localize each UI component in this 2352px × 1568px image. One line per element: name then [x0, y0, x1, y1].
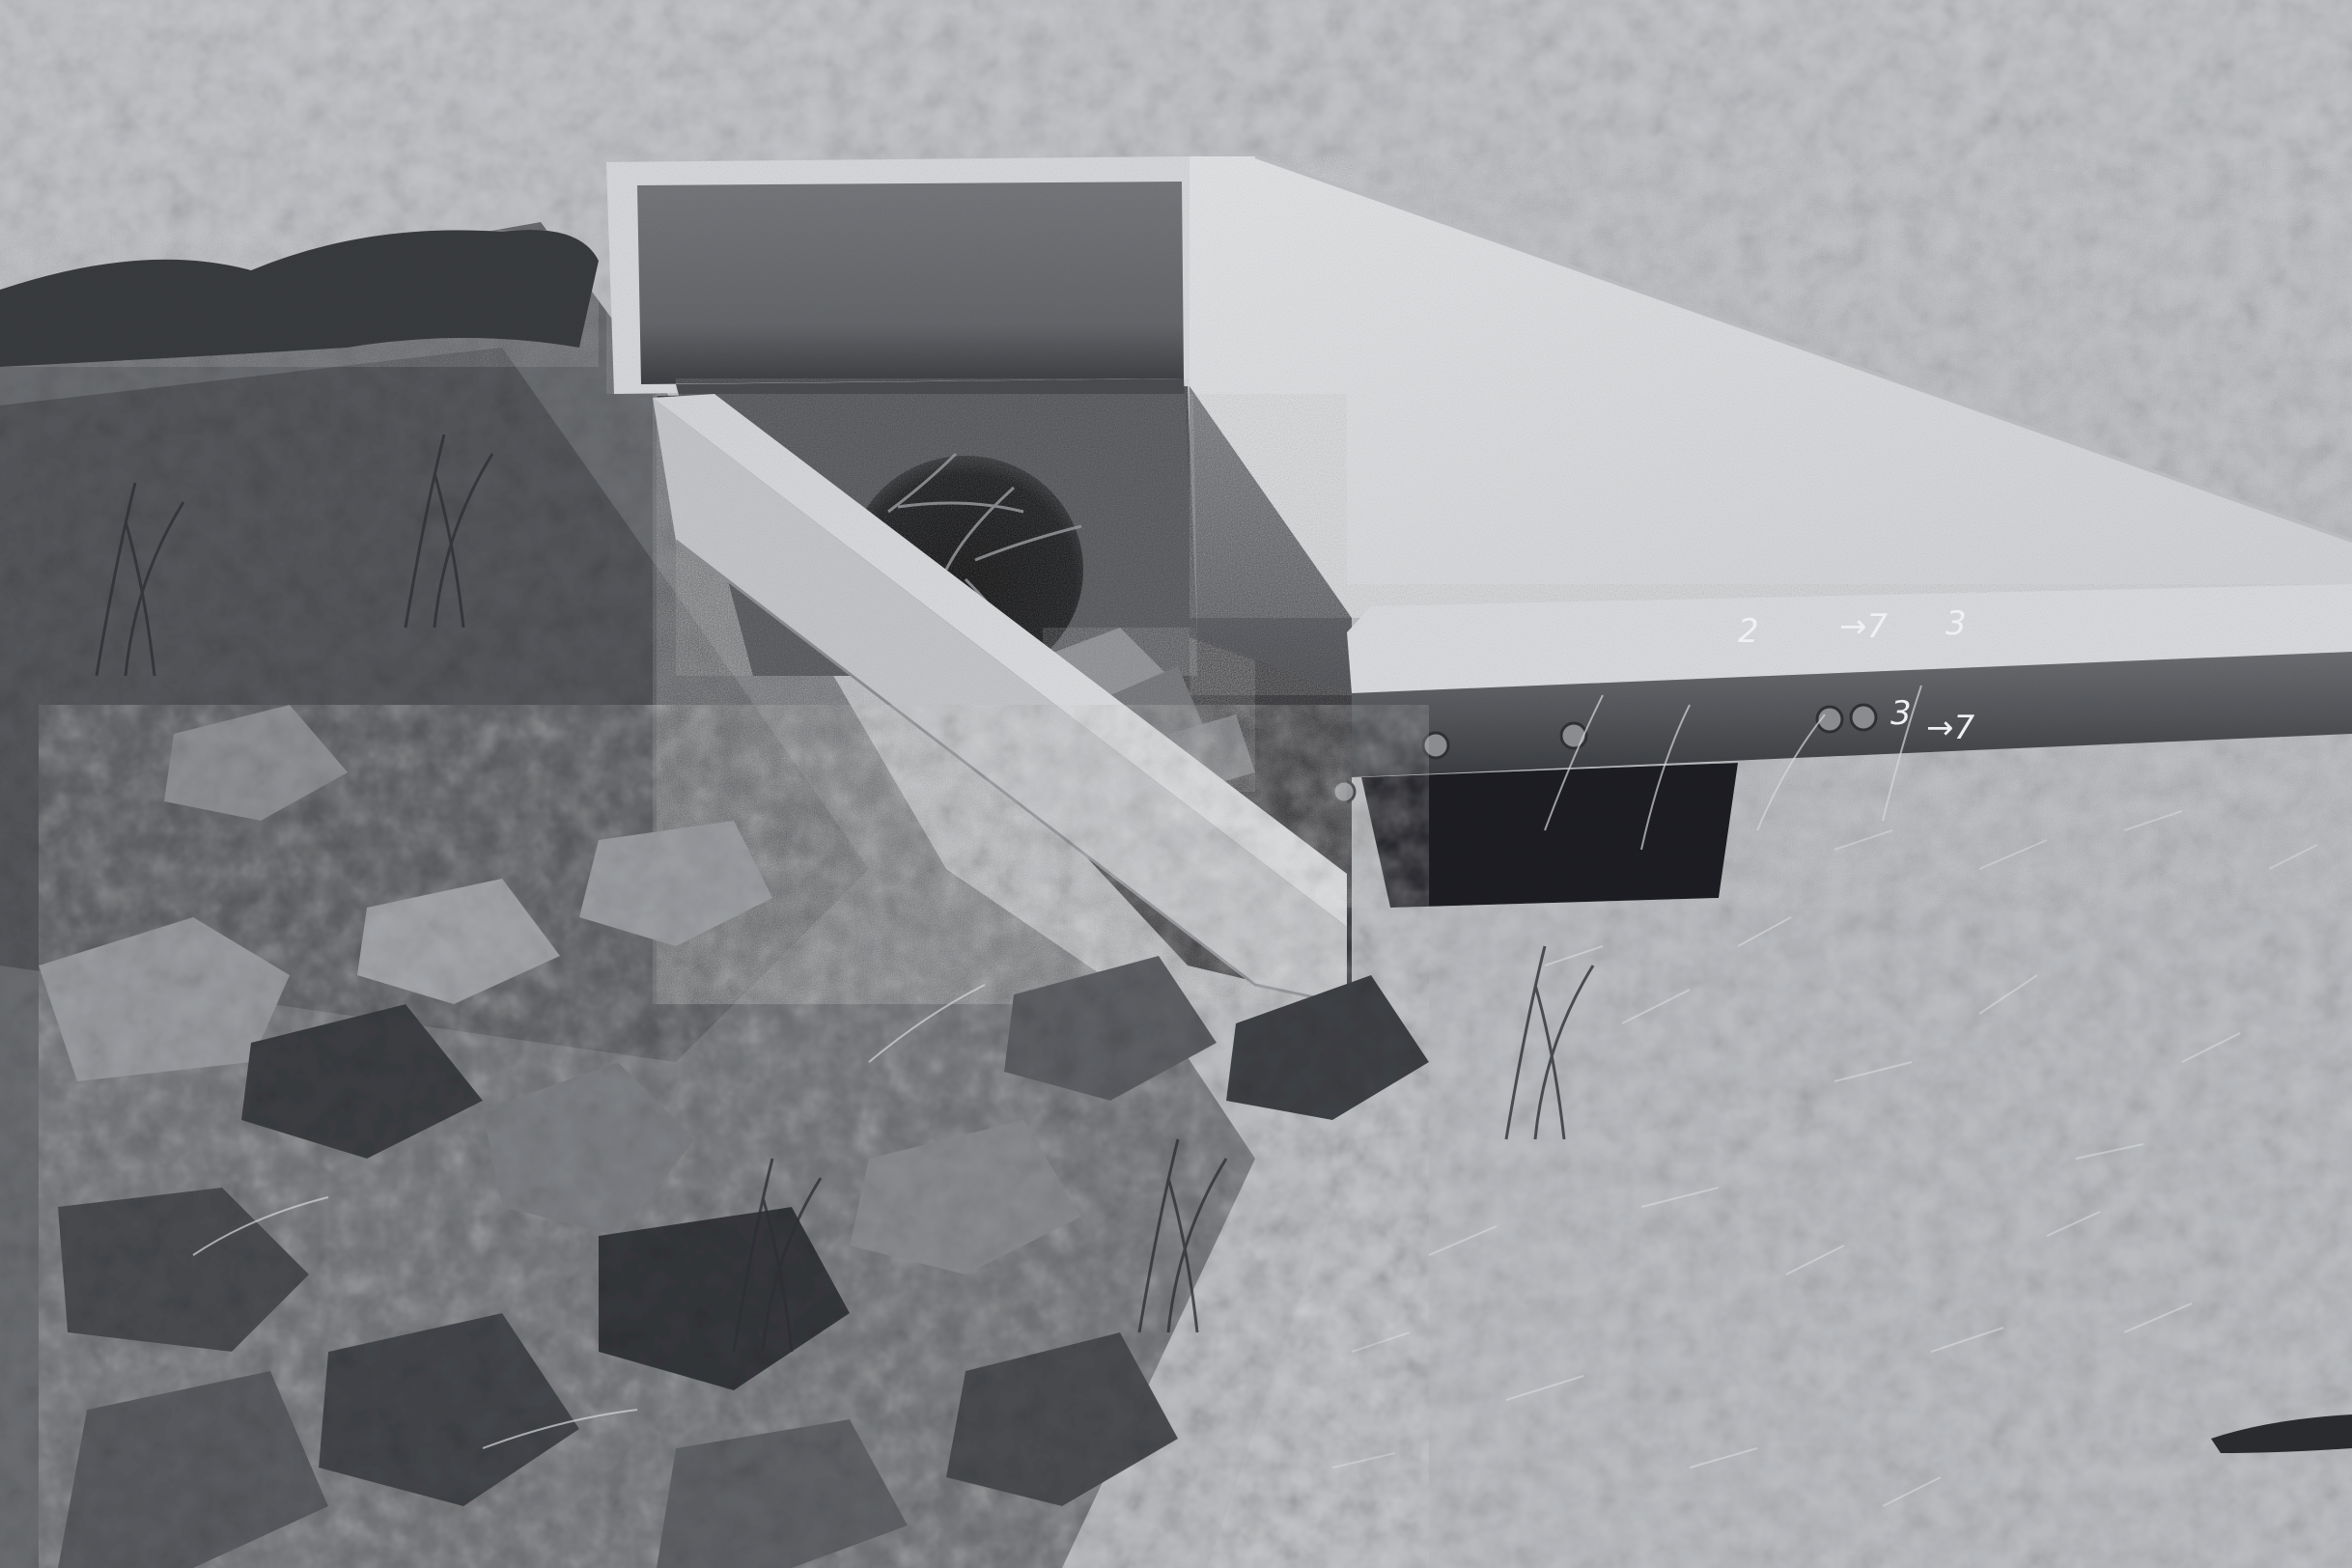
culvert-photo: 2 →7 3 3 →7: [0, 0, 2352, 1568]
headwall-face: [637, 182, 1184, 384]
bolt-icon: [1851, 705, 1876, 730]
chalk-mark: 3: [1946, 604, 1967, 643]
chalk-mark: →7: [1839, 607, 1888, 646]
chalk-mark: 2: [1738, 612, 1759, 651]
bolt-icon: [1333, 781, 1355, 802]
culvert-headwall: [606, 156, 1190, 394]
bolt-icon: [1423, 733, 1448, 758]
chalk-mark: →7: [1926, 709, 1974, 747]
